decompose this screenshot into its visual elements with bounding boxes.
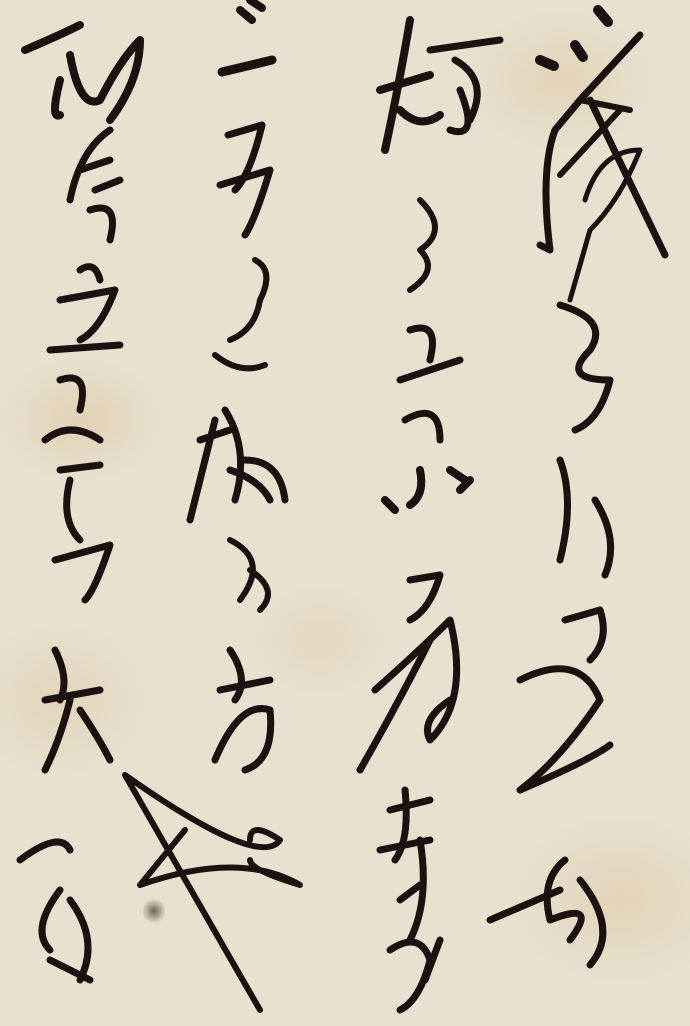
calligraphy-strokes <box>0 0 690 1026</box>
column-4 <box>20 25 140 980</box>
calligraphy-sheet: cursive-script calligraphy <box>0 0 690 1026</box>
ink-smudge <box>143 897 165 925</box>
column-1 <box>490 10 665 965</box>
column-2 <box>360 20 500 1010</box>
column-3 <box>125 0 300 1010</box>
